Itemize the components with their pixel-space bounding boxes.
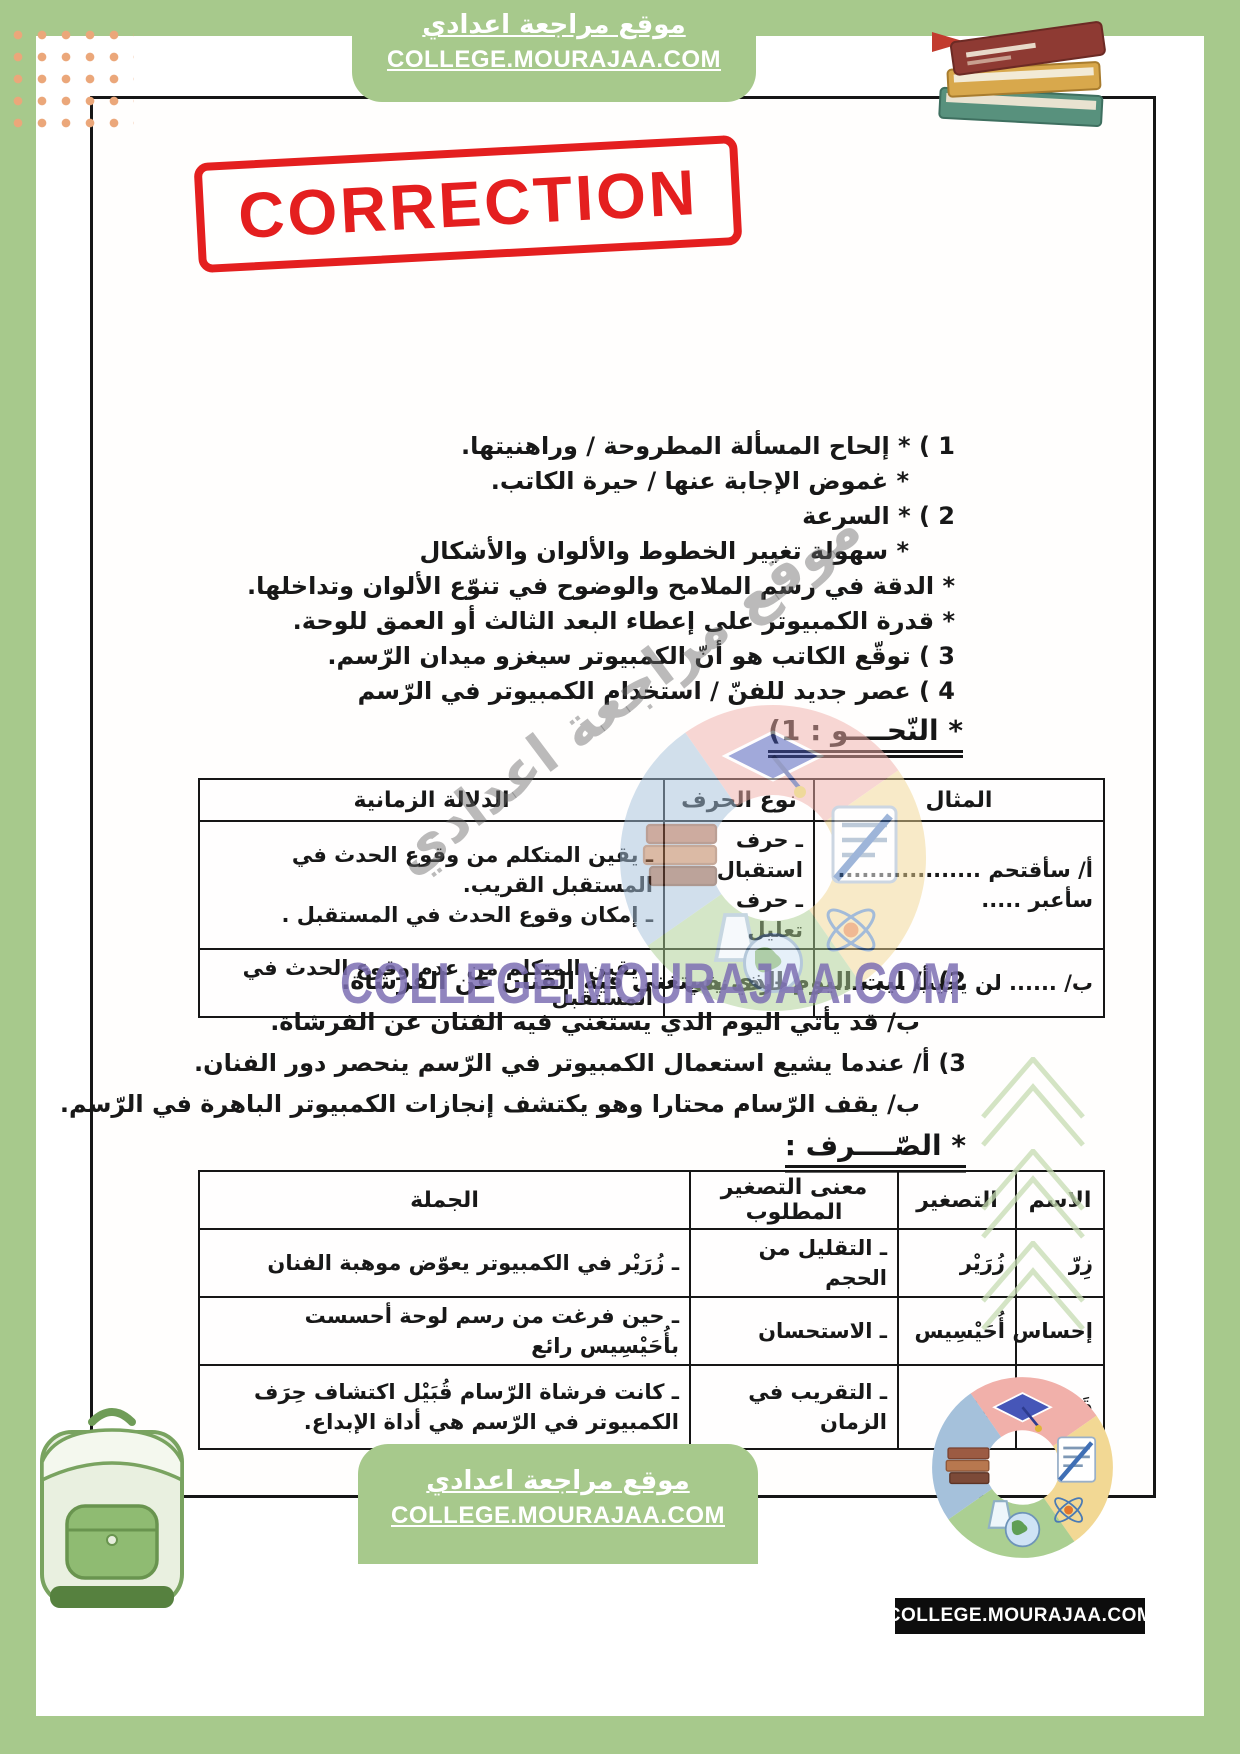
sentence-cell: ـ كانت فرشاة الرّسام قُبَيْل اكتشاف حِرَ… [199, 1365, 690, 1449]
chevron-up-icon [978, 1057, 1088, 1147]
top-site-banner: موقع مراجعة اعدادي COLLEGE.MOURAJAA.COM [352, 0, 756, 102]
answer-line: * غموض الإجابة عنها / حيرة الكاتب. [247, 464, 955, 499]
site-name-link[interactable]: موقع مراجعة اعدادي [352, 10, 756, 40]
answer-line: * الدقة في رسم الملامح والوضوح في تنوّع … [247, 569, 955, 604]
books-illustration [922, 4, 1132, 144]
meaning-cell: ـ التقليل من الحجم [690, 1229, 898, 1297]
column-header: معنى التصغير المطلوب [690, 1171, 898, 1229]
morphology-section-heading: * الصّــــرف : [785, 1129, 966, 1173]
table-row: زِرّ زُرَيْر ـ التقليل من الحجم ـ زُرَيْ… [199, 1229, 1104, 1297]
page: موقع مراجعة اعدادي COLLEGE.MOURAJAA.COM [0, 0, 1240, 1754]
dot-pattern-decoration [6, 24, 134, 136]
sentence-cell: ـ زُرَيْر في الكمبيوتر يعوّض موهبة الفنا… [199, 1229, 690, 1297]
correction-stamp: CORRECTION [193, 135, 742, 273]
chevron-up-icon [978, 1241, 1088, 1331]
chevron-up-icon [978, 1149, 1088, 1239]
site-url-link[interactable]: COLLEGE.MOURAJAA.COM [352, 46, 756, 74]
scanned-correction-sheet: CORRECTION موقع مراجعة اعدادي 1 ) * إلحا… [90, 96, 1156, 1498]
site-url-link[interactable]: COLLEGE.MOURAJAA.COM [358, 1502, 758, 1530]
answer-line: * قدرة الكمبيوتر على إعطاء البعد الثالث … [247, 604, 955, 639]
meaning-cell: ـ الاستحسان [690, 1297, 898, 1365]
answer-line: ب/ يقف الرّسام محتارا وهو يكتشف إنجازات … [60, 1084, 966, 1125]
site-name-link[interactable]: موقع مراجعة اعدادي [358, 1466, 758, 1496]
table-header-row: الاسم التصغير معنى التصغير المطلوب الجمل… [199, 1171, 1104, 1229]
answer-line: 3) أ/ عندما يشيع استعمال الكمبيوتر في ال… [60, 1043, 966, 1084]
backpack-illustration [12, 1388, 212, 1638]
chevron-arrows-decoration [978, 1057, 1088, 1333]
bottom-site-banner: موقع مراجعة اعدادي COLLEGE.MOURAJAA.COM [358, 1444, 758, 1564]
logo-url-bar: COLLEGE.MOURAJAA.COM [895, 1598, 1145, 1634]
education-logo [925, 1370, 1120, 1565]
column-header: الجملة [199, 1171, 690, 1229]
sentence-cell: ـ حين فرغت من رسم لوحة أحسست بأُحَيْسِيس… [199, 1297, 690, 1365]
table-row: إحساس أُحَيْسِيس ـ الاستحسان ـ حين فرغت … [199, 1297, 1104, 1365]
answer-line: 1 ) * إلحاح المسألة المطروحة / وراهنيتها… [247, 429, 955, 464]
site-url-watermark: COLLEGE.MOURAJAA.COM [298, 949, 1003, 1017]
meaning-cell: ـ التقريب في الزمان [690, 1365, 898, 1449]
answers-block-1: 1 ) * إلحاح المسألة المطروحة / وراهنيتها… [247, 429, 955, 709]
